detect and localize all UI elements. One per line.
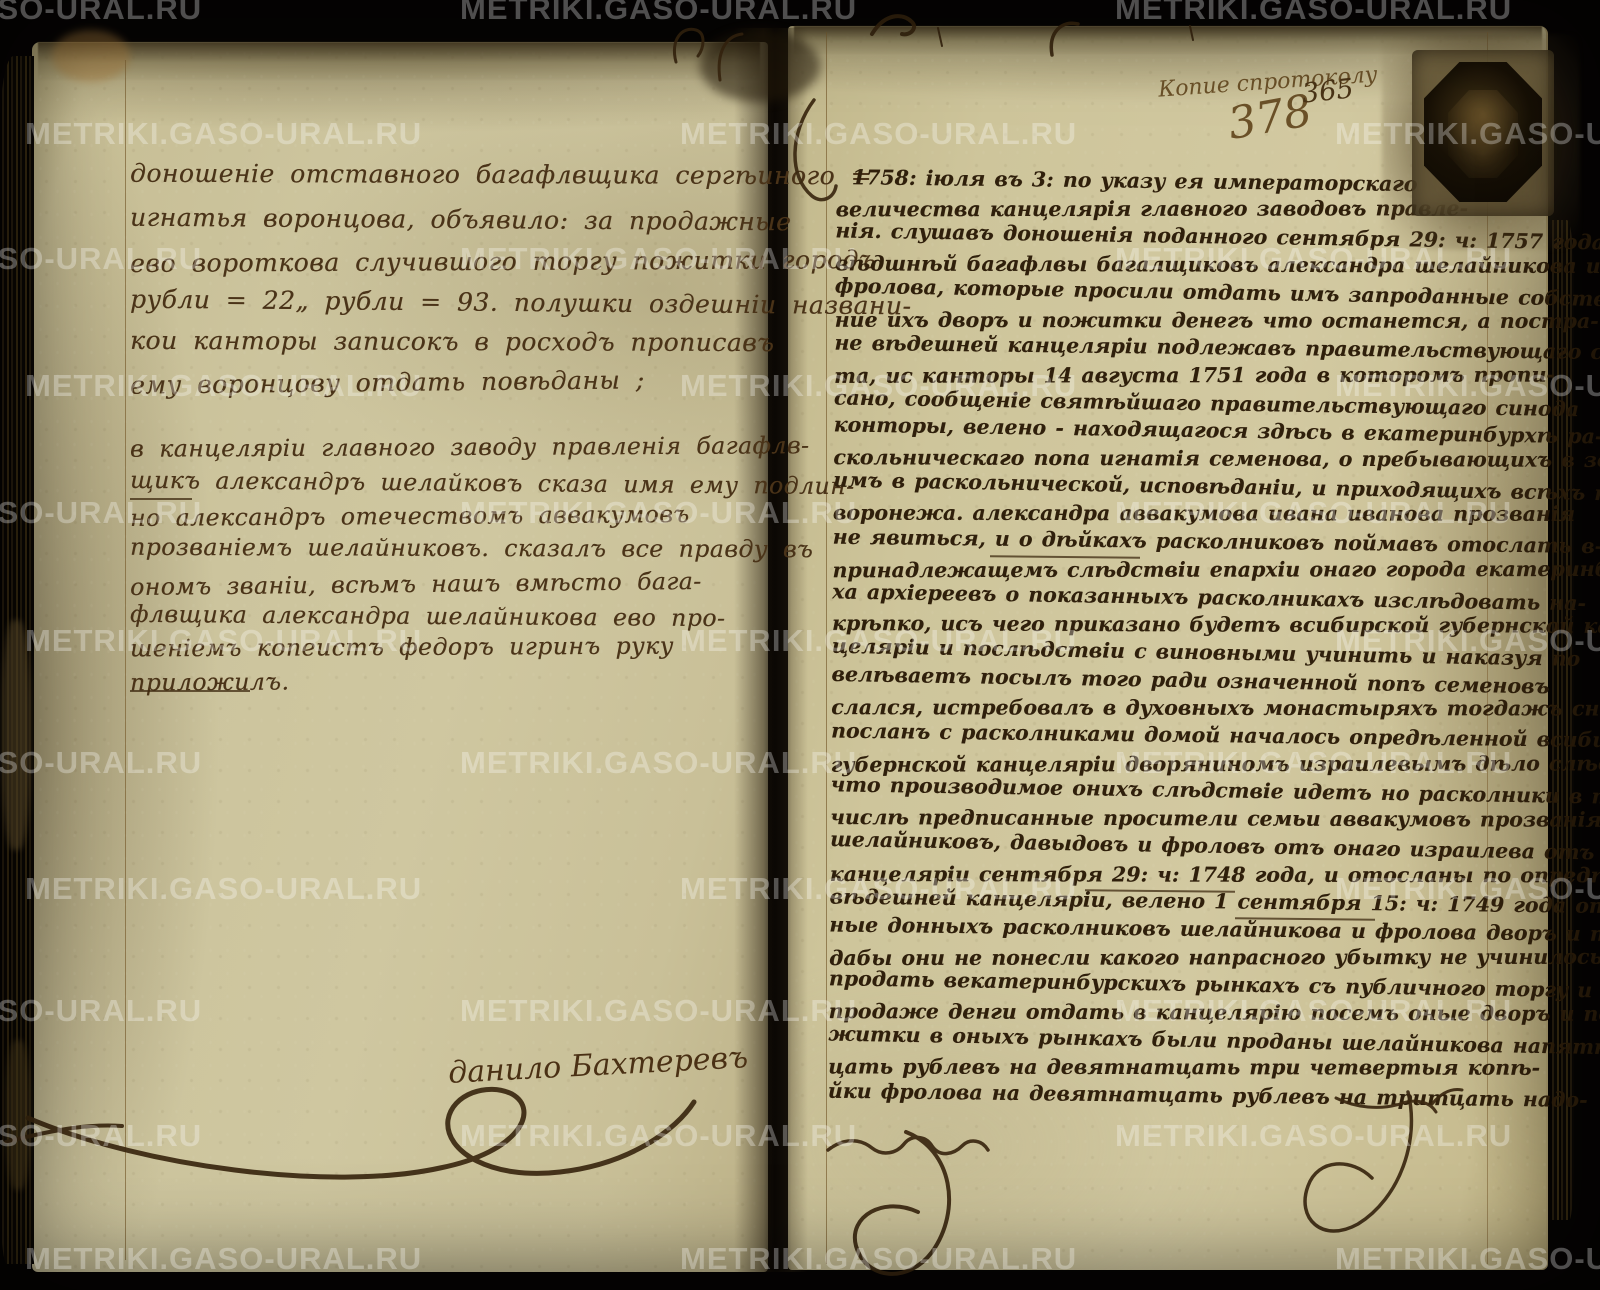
folio-number: 365 [1301,73,1356,109]
manuscript-line: принадлежащемъ слѣдствіи епархіи онаго г… [832,557,1600,582]
manuscript-line: дабы они не понесли какого напрасного уб… [829,944,1600,969]
torn-edge-highlight [2,620,30,850]
manuscript-line: слался, истребовалъ в духовныхъ монастыр… [831,695,1600,721]
torn-edge-highlight [6,1040,30,1190]
site-watermark: METRIKI.GASO-URAL.RU [0,0,202,27]
manuscript-line: флвщика александра шелайникова ево про- [130,600,726,632]
manuscript-line: губернской канцеляріи дворяниномъ израил… [831,751,1600,777]
corner-stain [52,30,130,82]
manuscript-line: ние ихъ дворъ и пожитки денегъ что остан… [835,307,1599,332]
manuscript-line: канцеляріи сентября 29: ч: 1748 года, и … [830,862,1600,887]
manuscript-line: ему воронцову отдать повѣданы ; [130,365,645,399]
manuscript-line: величества канцелярія главного заводовъ … [836,196,1468,221]
manuscript-line: числѣ предписанные просители семьи аввак… [830,805,1600,832]
manuscript-line: в канцеляріи главного заводу правленія б… [130,431,810,463]
manuscript-line: продаже денги отдать в канцелярію посемъ… [829,999,1600,1026]
manuscript-line: вѣдшнѣй багафлвы багалщиковъ александра … [835,251,1600,278]
site-watermark: METRIKI.GASO-URAL.RU [1115,0,1512,27]
right-page-margin-rule [826,32,827,1264]
manuscript-line: ономъ званіи, всѣмъ нашъ вмѣсто бага- [130,567,702,601]
manuscript-line: кои канторы записокъ в росходъ прописавъ [130,326,774,357]
manuscript-line: скольническаго попа игнатія семенова, о … [833,445,1600,472]
manuscript-line: та, ис канторы 14 августа 1751 года в ко… [834,362,1555,387]
manuscript-line: воронежа. александра аввакумова ивана ив… [833,501,1575,526]
manuscript-line: ево вороткова случившого торгу пожитки г… [130,245,876,278]
manuscript-line: крѣпко, исъ чего приказано будетъ всибир… [832,611,1600,638]
left-page-margin-rule [125,60,126,1260]
gutter-top-stain [700,30,820,102]
site-watermark: METRIKI.GASO-URAL.RU [460,0,857,27]
ink-underline [130,690,250,692]
manuscript-line: цать рублевъ на девятнатцать три четверт… [828,1055,1540,1080]
manuscript-line: прозваніемъ шелайниковъ. сказалъ все пра… [130,533,813,563]
manuscript-line: игнатья воронцова, объявило: за продажны… [130,203,792,237]
manuscript-line: шеніемъ копеистъ федоръ игринъ руку [130,632,674,663]
manuscript-line: приложилъ. [130,667,290,696]
archive-stamp-figure [1448,90,1518,178]
manuscript-line: но александръ отечествомъ аввакумовъ [130,500,690,532]
manuscript-scan: Копие спротоколу 378 365 доношеніе отста… [0,0,1600,1290]
manuscript-line: доношеніе отставного багафлвщика сергѣин… [130,159,872,191]
ink-underline [130,498,192,500]
